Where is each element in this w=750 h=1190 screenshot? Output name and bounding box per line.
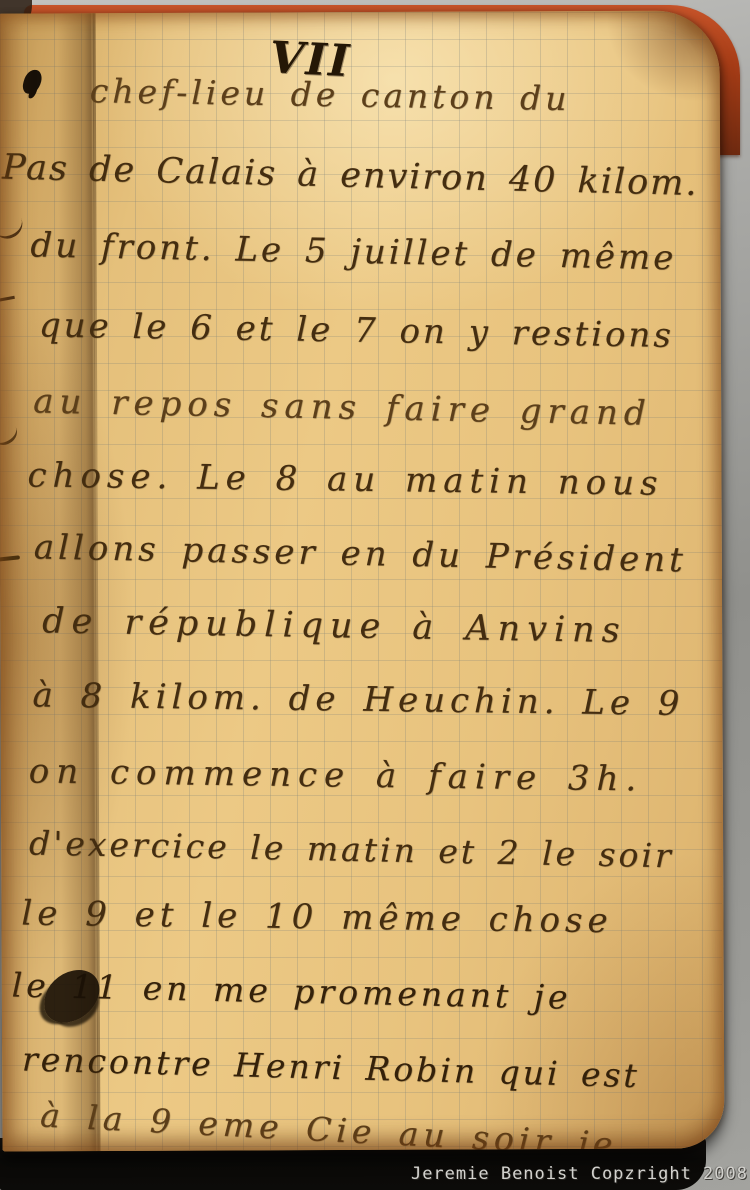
stray-ink-mark (0, 296, 15, 303)
handwriting-line: au repos sans faire grand (33, 381, 652, 433)
handwriting-line: allons passer en du Président (33, 527, 687, 580)
handwriting-line: Pas de Calais à environ 40 kilom. (2, 148, 699, 204)
handwriting-line: à la 9 eme Cie au soir je (39, 1095, 618, 1151)
handwriting-line: à 8 kilom. de Heuchin. Le 9 (32, 675, 684, 724)
handwriting-line: chef-lieu de canton du (90, 71, 571, 118)
handwriting-line: rencontre Henri Robin qui est (22, 1039, 641, 1095)
stray-ink-mark (0, 205, 27, 244)
handwriting-line: du front. Le 5 juillet de même (30, 225, 677, 278)
handwriting-line: d'exercice le matin et 2 le soir (29, 823, 674, 875)
stray-ink-mark (0, 417, 21, 450)
stray-ink-mark (0, 555, 20, 562)
handwriting-line: chose. Le 8 au matin nous (27, 455, 663, 503)
notebook-page: VII chef-lieu de canton du Pas de Calais… (0, 10, 724, 1151)
handwriting-line: le 9 et le 10 même chose (21, 893, 613, 941)
handwriting-line: on commence à faire 3h. (29, 751, 644, 799)
watermark: Jeremie Benoist Copzright 2008 (411, 1164, 748, 1184)
scanned-notebook-photo: VII chef-lieu de canton du Pas de Calais… (0, 0, 750, 1190)
ink-blot (21, 68, 43, 96)
handwriting-line: que le 6 et le 7 on y restions (39, 305, 675, 356)
handwriting-line: de république à Anvins (42, 601, 627, 651)
